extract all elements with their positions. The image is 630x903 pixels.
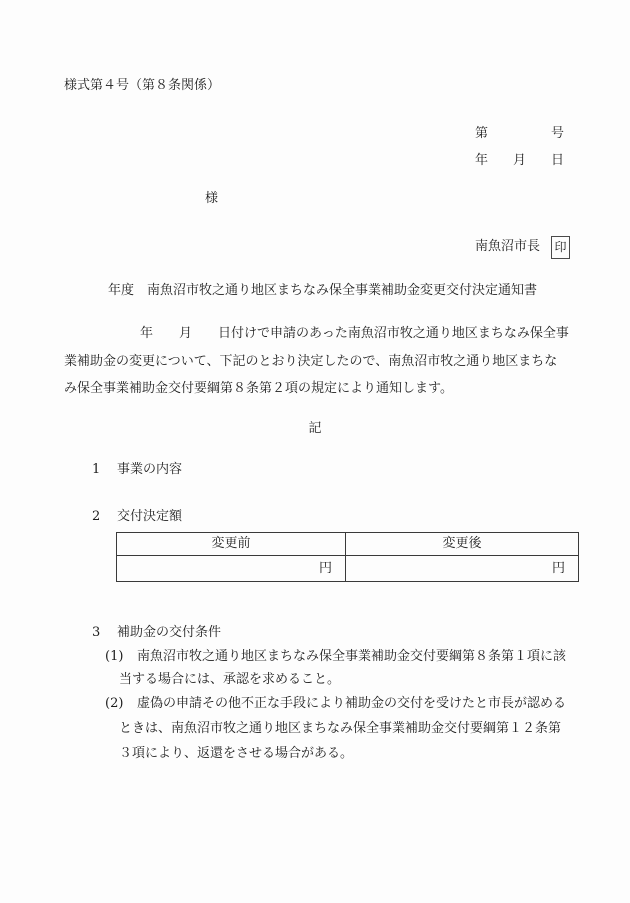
document-number-suffix: 号 — [551, 126, 564, 142]
section-heading: 事業の内容 — [117, 462, 182, 477]
seal-box: 印 — [551, 236, 570, 259]
section-number: 1 — [92, 462, 117, 478]
section-grant-conditions: 3補助金の交付条件 — [92, 625, 221, 641]
section-heading: 補助金の交付条件 — [117, 625, 221, 640]
condition-item: (2)虚偽の申請その他不正な手段により補助金の交付を受けたと市長が認める ときは… — [105, 691, 575, 766]
col-header-after-change: 変更後 — [346, 533, 579, 556]
body-line: 年 月 日付けで申請のあった南魚沼市牧之通り地区まちなみ保全事 — [64, 320, 570, 348]
condition-text: 虚偽の申請その他不正な手段により補助金の交付を受けたと市長が認める — [137, 696, 566, 711]
document-date-line: 年 月 日 — [475, 153, 564, 169]
condition-marker: (1) — [105, 646, 137, 669]
section-project-description: 1事業の内容 — [92, 462, 182, 478]
issuer-title: 南魚沼市長 — [475, 239, 540, 255]
section-heading: 交付決定額 — [117, 509, 182, 524]
addressee-honorific: 様 — [205, 191, 218, 207]
condition-item: (1)南魚沼市牧之通り地区まちなみ保全事業補助金交付要綱第８条第１項に該 当する… — [105, 646, 575, 691]
date-day-label: 日 — [551, 153, 564, 169]
document-number-prefix: 第 — [475, 126, 488, 142]
condition-text: 南魚沼市牧之通り地区まちなみ保全事業補助金交付要綱第８条第１項に該 — [137, 649, 566, 664]
table-header-row: 変更前 変更後 — [117, 533, 579, 556]
date-month-label: 月 — [513, 153, 526, 169]
form-number: 様式第４号（第８条関係） — [64, 78, 220, 94]
amount-after-cell: 円 — [346, 556, 579, 582]
conditions-list: (1)南魚沼市牧之通り地区まちなみ保全事業補助金交付要綱第８条第１項に該 当する… — [105, 646, 575, 766]
document-page: 様式第４号（第８条関係） 第 号 年 月 日 様 南魚沼市長 印 年度 南魚沼市… — [0, 0, 630, 903]
body-line: 業補助金の変更について、下記のとおり決定したので、南魚沼市牧之通り地区まちな — [64, 348, 570, 376]
section-number: 2 — [92, 509, 117, 525]
condition-line: (1)南魚沼市牧之通り地区まちなみ保全事業補助金交付要綱第８条第１項に該 — [105, 646, 575, 669]
condition-line: ときは、南魚沼市牧之通り地区まちなみ保全事業補助金交付要綱第１２条第 — [119, 716, 575, 741]
condition-line: 当する場合には、承認を求めること。 — [119, 669, 575, 692]
body-paragraph: 年 月 日付けで申請のあった南魚沼市牧之通り地区まちなみ保全事 業補助金の変更に… — [64, 320, 570, 403]
date-year-label: 年 — [475, 153, 488, 169]
notice-marker: 記 — [0, 421, 630, 437]
col-header-before-change: 変更前 — [117, 533, 346, 556]
grant-amount-table: 変更前 変更後 円 円 — [116, 532, 579, 582]
section-number: 3 — [92, 625, 117, 641]
table-amount-row: 円 円 — [117, 556, 579, 582]
condition-line: (2)虚偽の申請その他不正な手段により補助金の交付を受けたと市長が認める — [105, 691, 575, 716]
condition-line: ３項により、返還をさせる場合がある。 — [119, 741, 575, 766]
document-title: 年度 南魚沼市牧之通り地区まちなみ保全事業補助金変更交付決定通知書 — [108, 283, 537, 299]
issuer-line: 南魚沼市長 印 — [475, 235, 570, 259]
section-grant-decision-amount: 2交付決定額 — [92, 509, 182, 525]
amount-before-cell: 円 — [117, 556, 346, 582]
body-line: み保全事業補助金交付要綱第８条第２項の規定により通知します。 — [64, 375, 570, 403]
condition-marker: (2) — [105, 691, 137, 716]
document-number-line: 第 号 — [475, 126, 564, 142]
